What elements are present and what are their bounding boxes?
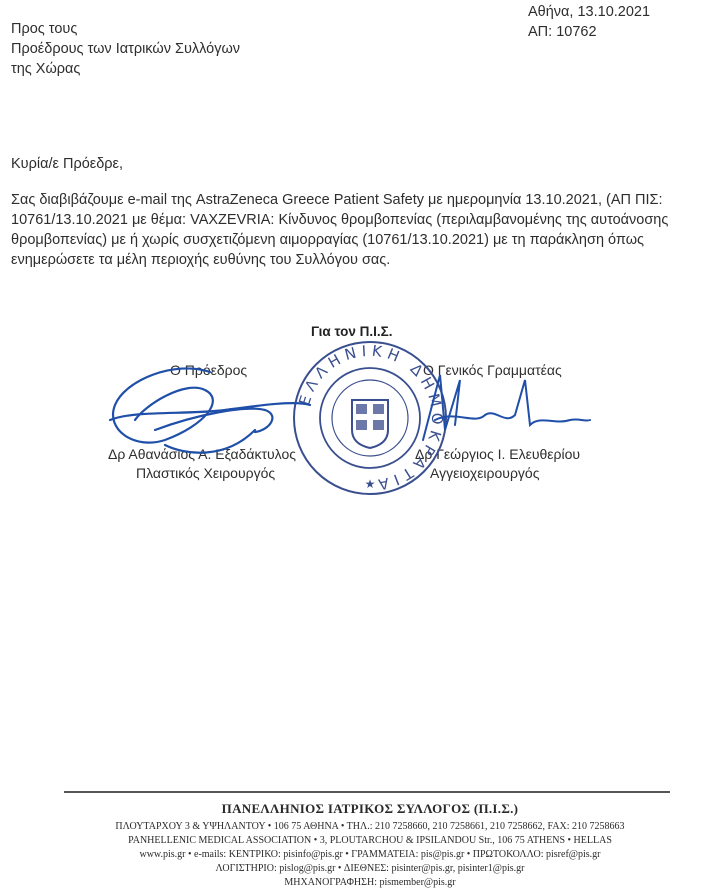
protocol-number: ΑΠ: 10762	[528, 22, 650, 42]
place-date: Αθήνα, 13.10.2021	[528, 2, 650, 22]
recipient-line: Προέδρους των Ιατρικών Συλλόγων	[11, 39, 240, 59]
footer-address-greek: ΠΛΟΥΤΑΡΧΟΥ 3 & ΥΨΗΛΑΝΤΟΥ • 106 75 ΑΘΗΝΑ …	[60, 820, 680, 834]
footer-organization: ΠΑΝΕΛΛΗΝΙΟΣ ΙΑΤΡΙΚΟΣ ΣΥΛΛΟΓΟΣ (Π.Ι.Σ.)	[60, 801, 680, 817]
coat-of-arms-icon	[352, 400, 388, 448]
footer-address-english: PANHELLENIC MEDICAL ASSOCIATION • 3, PLO…	[60, 834, 680, 848]
salutation: Κυρία/ε Πρόεδρε,	[11, 154, 123, 174]
president-signature-icon	[95, 360, 335, 470]
body-line: Σας διαβιβάζουμε e-mail της AstraZeneca …	[11, 190, 701, 210]
letter-body: Σας διαβιβάζουμε e-mail της AstraZeneca …	[11, 190, 701, 270]
recipient-line: της Χώρας	[11, 59, 240, 79]
recipient-line: Προς τους	[11, 19, 240, 39]
body-line: 10761/13.10.2021 με θέμα: VAXZEVRIA: Κίν…	[11, 210, 701, 230]
date-protocol-block: Αθήνα, 13.10.2021 ΑΠ: 10762	[528, 2, 650, 42]
footer-emails-2: ΛΟΓΙΣΤΗΡΙΟ: pislog@pis.gr • ΔΙΕΘΝΕΣ: pis…	[60, 862, 680, 876]
secretary-signature-icon	[415, 370, 595, 450]
footer-emails-3: ΜΗΧΑΝΟΓΡΑΦΗΣΗ: pismember@pis.gr	[60, 876, 680, 890]
footer-emails: www.pis.gr • e-mails: ΚΕΝΤΡΙΚΟ: pisinfo@…	[60, 848, 680, 862]
body-line: θρομβοπενίας) με ή χωρίς συσχετιζόμενη α…	[11, 230, 701, 250]
footer-divider	[64, 791, 670, 793]
body-line: ενημερώσετε τα μέλη περιοχής ευθύνης του…	[11, 250, 701, 270]
svg-text:★: ★	[365, 477, 376, 491]
recipient-block: Προς τους Προέδρους των Ιατρικών Συλλόγω…	[11, 19, 240, 79]
